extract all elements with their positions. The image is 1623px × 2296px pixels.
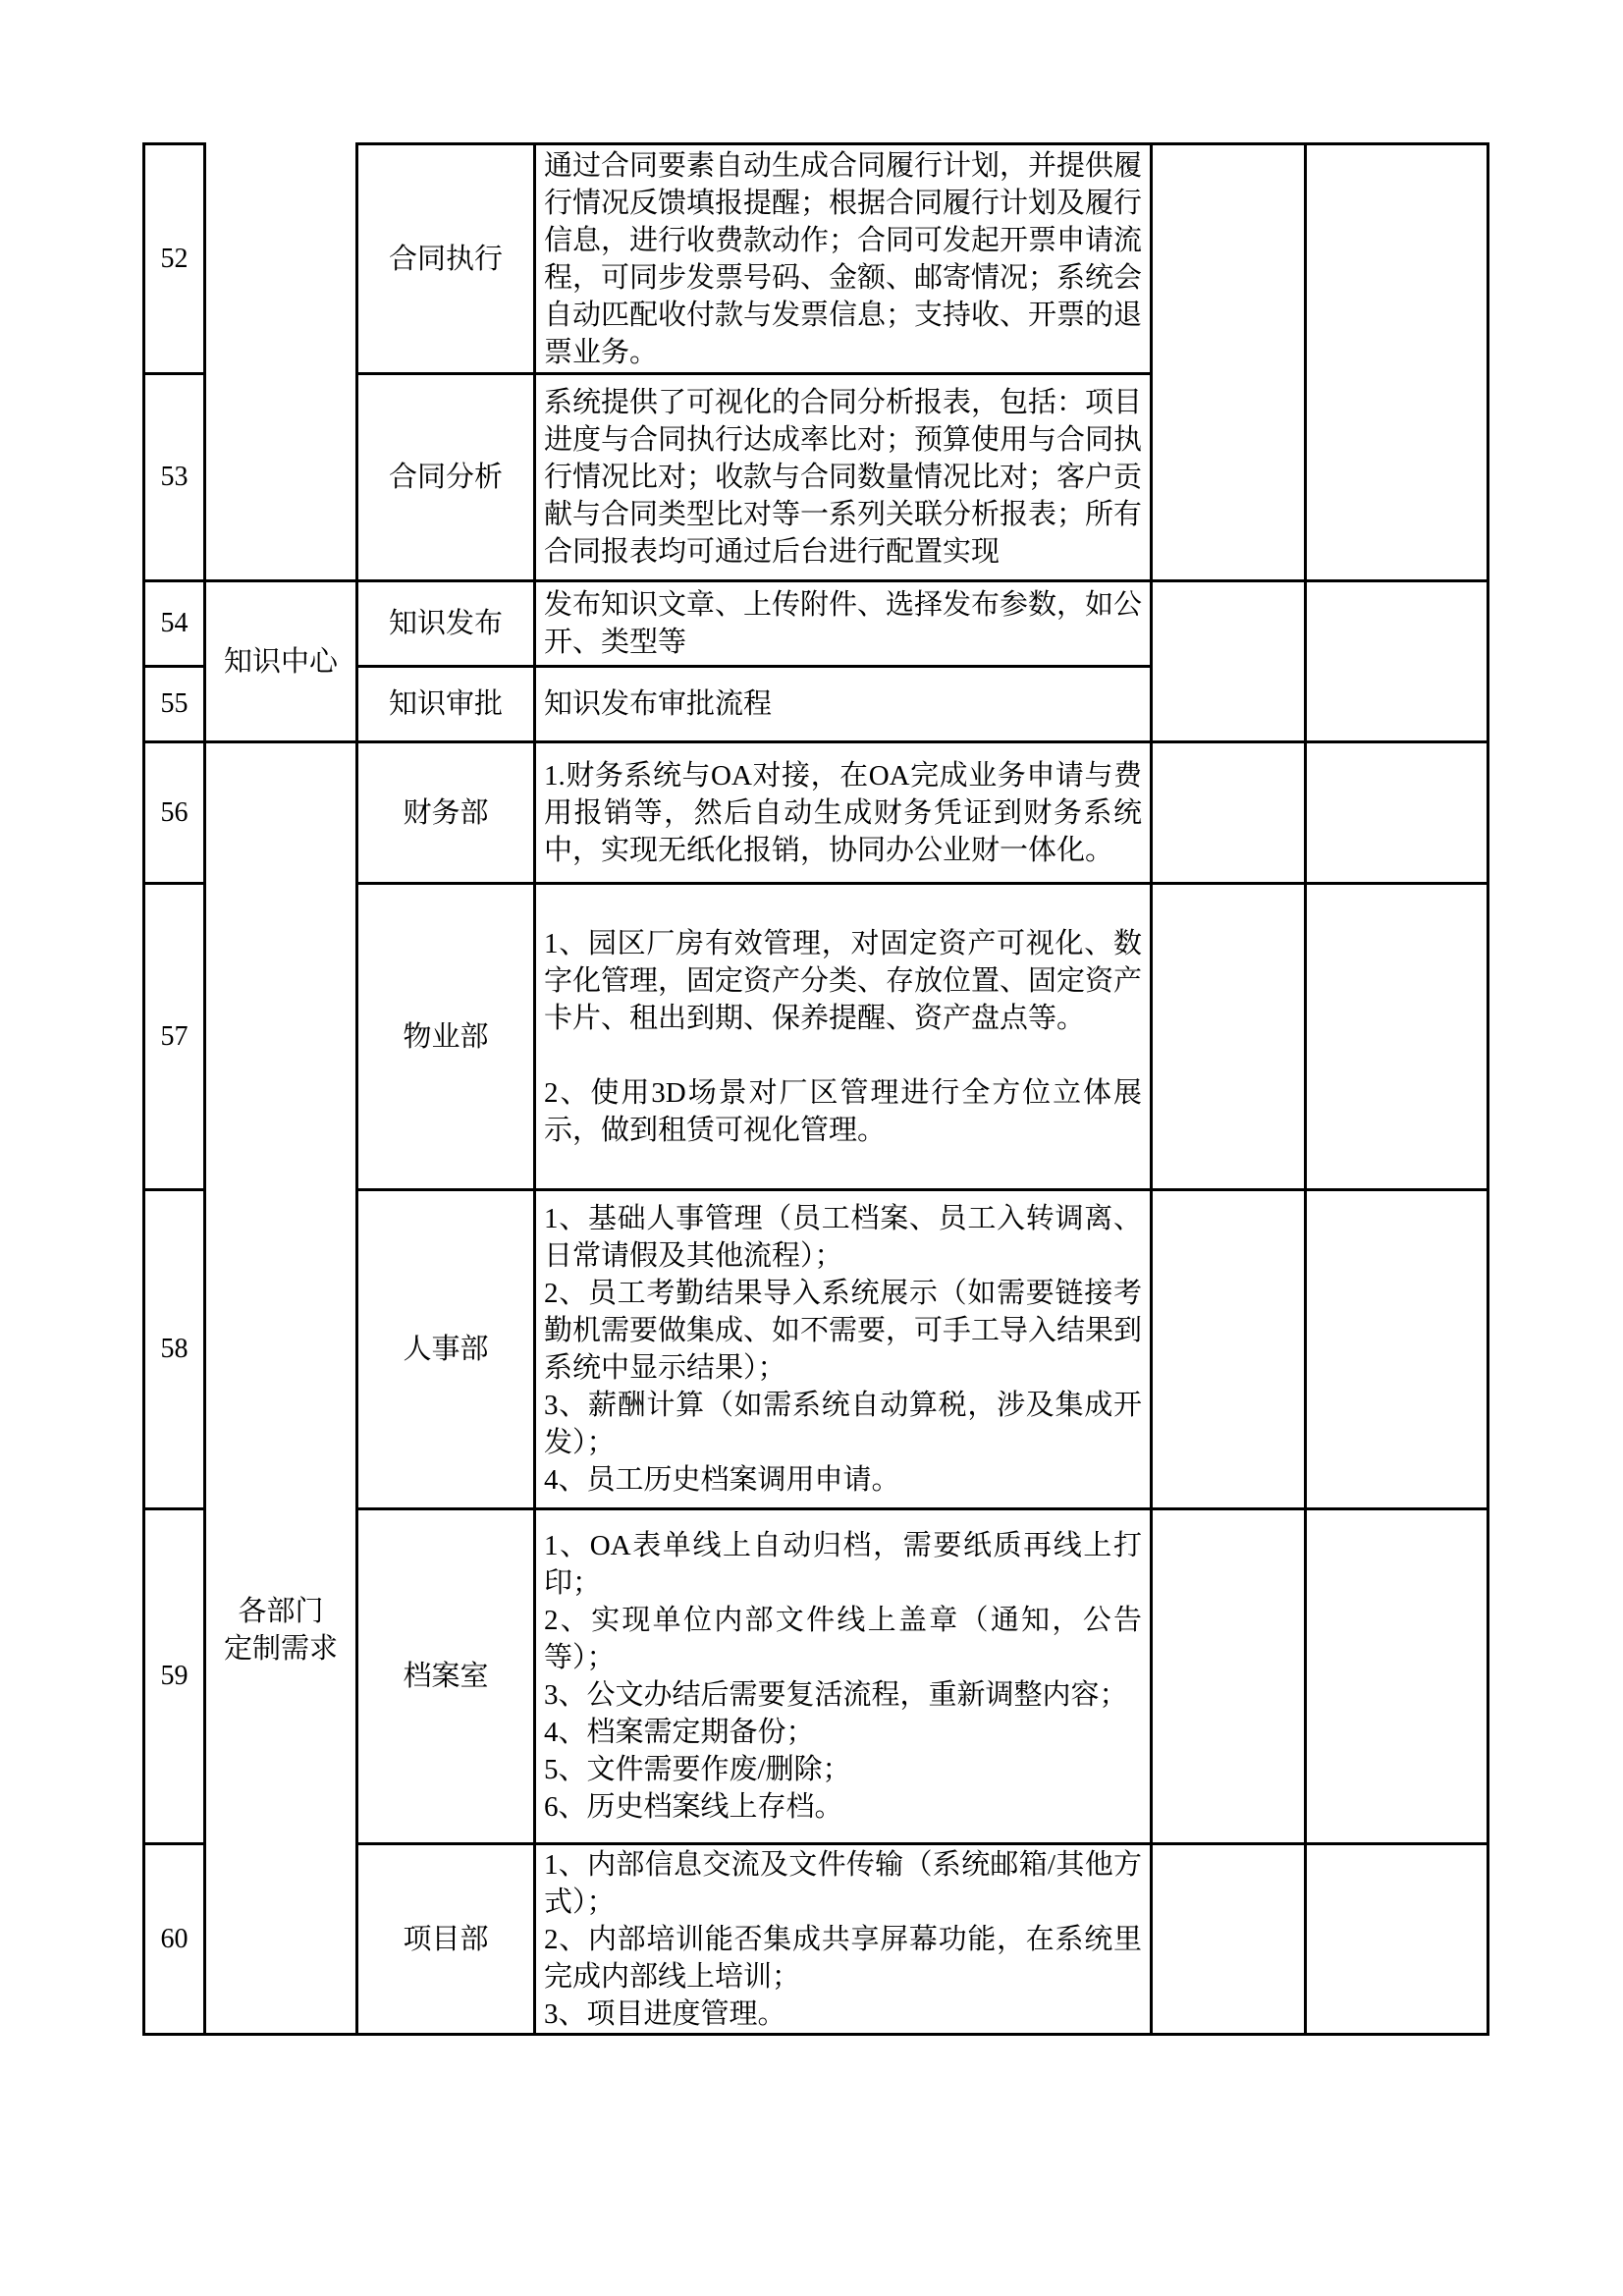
empty-cell-col6-row60: [1307, 1845, 1489, 2036]
category-cell-contract: [206, 142, 358, 582]
empty-cell-col5-row60: [1153, 1845, 1307, 2036]
category-cell-knowledge-center: 知识中心: [206, 582, 358, 743]
empty-cell-col6-row59: [1307, 1510, 1489, 1845]
empty-cell-col5-rows52-53: [1153, 142, 1307, 582]
row-55-description: 知识发布审批流程: [536, 668, 1153, 743]
empty-cell-col5-rows54-55: [1153, 582, 1307, 743]
row-56-subcategory: 财务部: [358, 743, 536, 885]
row-54-description: 发布知识文章、上传附件、选择发布参数，如公开、类型等: [536, 582, 1153, 668]
document-page: { "table": { "border_color": "#000000", …: [0, 0, 1623, 2296]
row-52-subcategory: 合同执行: [358, 142, 536, 375]
row-60-subcategory: 项目部: [358, 1845, 536, 2036]
empty-cell-col5-row57: [1153, 885, 1307, 1191]
row-53-number: 53: [142, 375, 206, 582]
row-56-description: 1.财务系统与OA对接，在OA完成业务申请与费用报销等，然后自动生成财务凭证到财…: [536, 743, 1153, 885]
empty-cell-col5-row56: [1153, 743, 1307, 885]
row-52-description: 通过合同要素自动生成合同履行计划，并提供履行情况反馈填报提醒；根据合同履行计划及…: [536, 142, 1153, 375]
row-57-subcategory: 物业部: [358, 885, 536, 1191]
row-60-number: 60: [142, 1845, 206, 2036]
category-cell-departments: 各部门 定制需求: [206, 743, 358, 2036]
row-53-description: 系统提供了可视化的合同分析报表，包括：项目进度与合同执行达成率比对；预算使用与合…: [536, 375, 1153, 582]
row-57-number: 57: [142, 885, 206, 1191]
row-54-subcategory: 知识发布: [358, 582, 536, 668]
row-54-number: 54: [142, 582, 206, 668]
empty-cell-col6-rows52-53: [1307, 142, 1489, 582]
row-58-subcategory: 人事部: [358, 1191, 536, 1510]
empty-cell-col6-row58: [1307, 1191, 1489, 1510]
empty-cell-col6-row56: [1307, 743, 1489, 885]
empty-cell-col6-rows54-55: [1307, 582, 1489, 743]
row-55-subcategory: 知识审批: [358, 668, 536, 743]
row-56-number: 56: [142, 743, 206, 885]
row-58-description: 1、基础人事管理（员工档案、员工入转调离、日常请假及其他流程）； 2、员工考勤结…: [536, 1191, 1153, 1510]
row-57-description: 1、园区厂房有效管理，对固定资产可视化、数字化管理，固定资产分类、存放位置、固定…: [536, 885, 1153, 1191]
empty-cell-col6-row57: [1307, 885, 1489, 1191]
row-59-description: 1、OA表单线上自动归档，需要纸质再线上打印； 2、实现单位内部文件线上盖章（通…: [536, 1510, 1153, 1845]
requirements-table: 52 合同执行 通过合同要素自动生成合同履行计划，并提供履行情况反馈填报提醒；根…: [142, 142, 1489, 2036]
row-55-number: 55: [142, 668, 206, 743]
row-53-subcategory: 合同分析: [358, 375, 536, 582]
row-59-number: 59: [142, 1510, 206, 1845]
row-52-number: 52: [142, 142, 206, 375]
row-60-description: 1、内部信息交流及文件传输（系统邮箱/其他方式）； 2、内部培训能否集成共享屏幕…: [536, 1845, 1153, 2036]
empty-cell-col5-row58: [1153, 1191, 1307, 1510]
empty-cell-col5-row59: [1153, 1510, 1307, 1845]
row-59-subcategory: 档案室: [358, 1510, 536, 1845]
row-58-number: 58: [142, 1191, 206, 1510]
